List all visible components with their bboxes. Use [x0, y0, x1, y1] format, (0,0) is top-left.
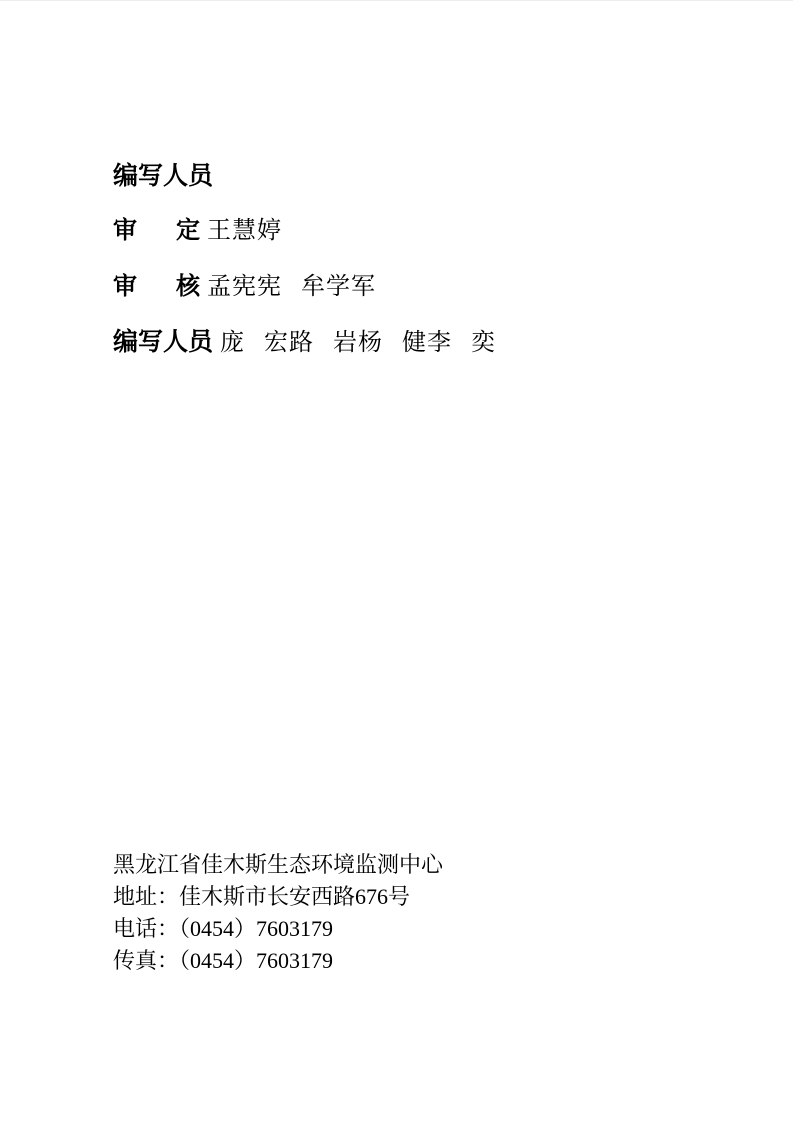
address-line: 地址：佳木斯市长安西路676号 — [113, 881, 443, 913]
author-name: 健李 — [402, 331, 452, 355]
author-name: 奕 — [471, 331, 496, 355]
author-name: 岩杨 — [333, 331, 383, 355]
credits-heading: 编写人员 — [113, 164, 213, 189]
approver-label: 审 定 — [113, 219, 200, 243]
org-name: 黑龙江省佳木斯生态环境监测中心 — [113, 849, 443, 881]
fax-line: 传真：（0454）7603179 — [113, 945, 443, 977]
author-name: 庞 — [220, 331, 245, 355]
page: { "page": { "background_color": "#ffffff… — [0, 0, 793, 1122]
reviewer-name: 孟宪宪 — [207, 275, 282, 299]
phone-line: 电话：（0454）7603179 — [113, 913, 443, 945]
approver-label-char-1: 审 — [113, 219, 137, 243]
authors-row: 编写人员 庞 宏路 岩杨 健李 奕 — [113, 330, 496, 355]
author-names: 庞 宏路 岩杨 健李 奕 — [220, 331, 496, 355]
author-name: 宏路 — [264, 331, 314, 355]
reviewer-label-char-2: 核 — [176, 275, 200, 299]
approver-names: 王慧婷 — [207, 219, 282, 243]
reviewer-label: 审 核 — [113, 275, 200, 299]
approver-row: 审 定 王慧婷 — [113, 219, 282, 243]
authors-label: 编写人员 — [113, 330, 213, 355]
approver-label-char-2: 定 — [176, 219, 200, 243]
approver-name: 王慧婷 — [207, 219, 282, 243]
page-top-edge — [0, 0, 793, 1]
contact-section: 黑龙江省佳木斯生态环境监测中心 地址：佳木斯市长安西路676号 电话：（0454… — [113, 849, 443, 977]
reviewer-row: 审 核 孟宪宪 牟学军 — [113, 275, 376, 299]
reviewer-names: 孟宪宪 牟学军 — [207, 275, 376, 299]
reviewer-name: 牟学军 — [301, 275, 376, 299]
reviewer-label-char-1: 审 — [113, 275, 137, 299]
